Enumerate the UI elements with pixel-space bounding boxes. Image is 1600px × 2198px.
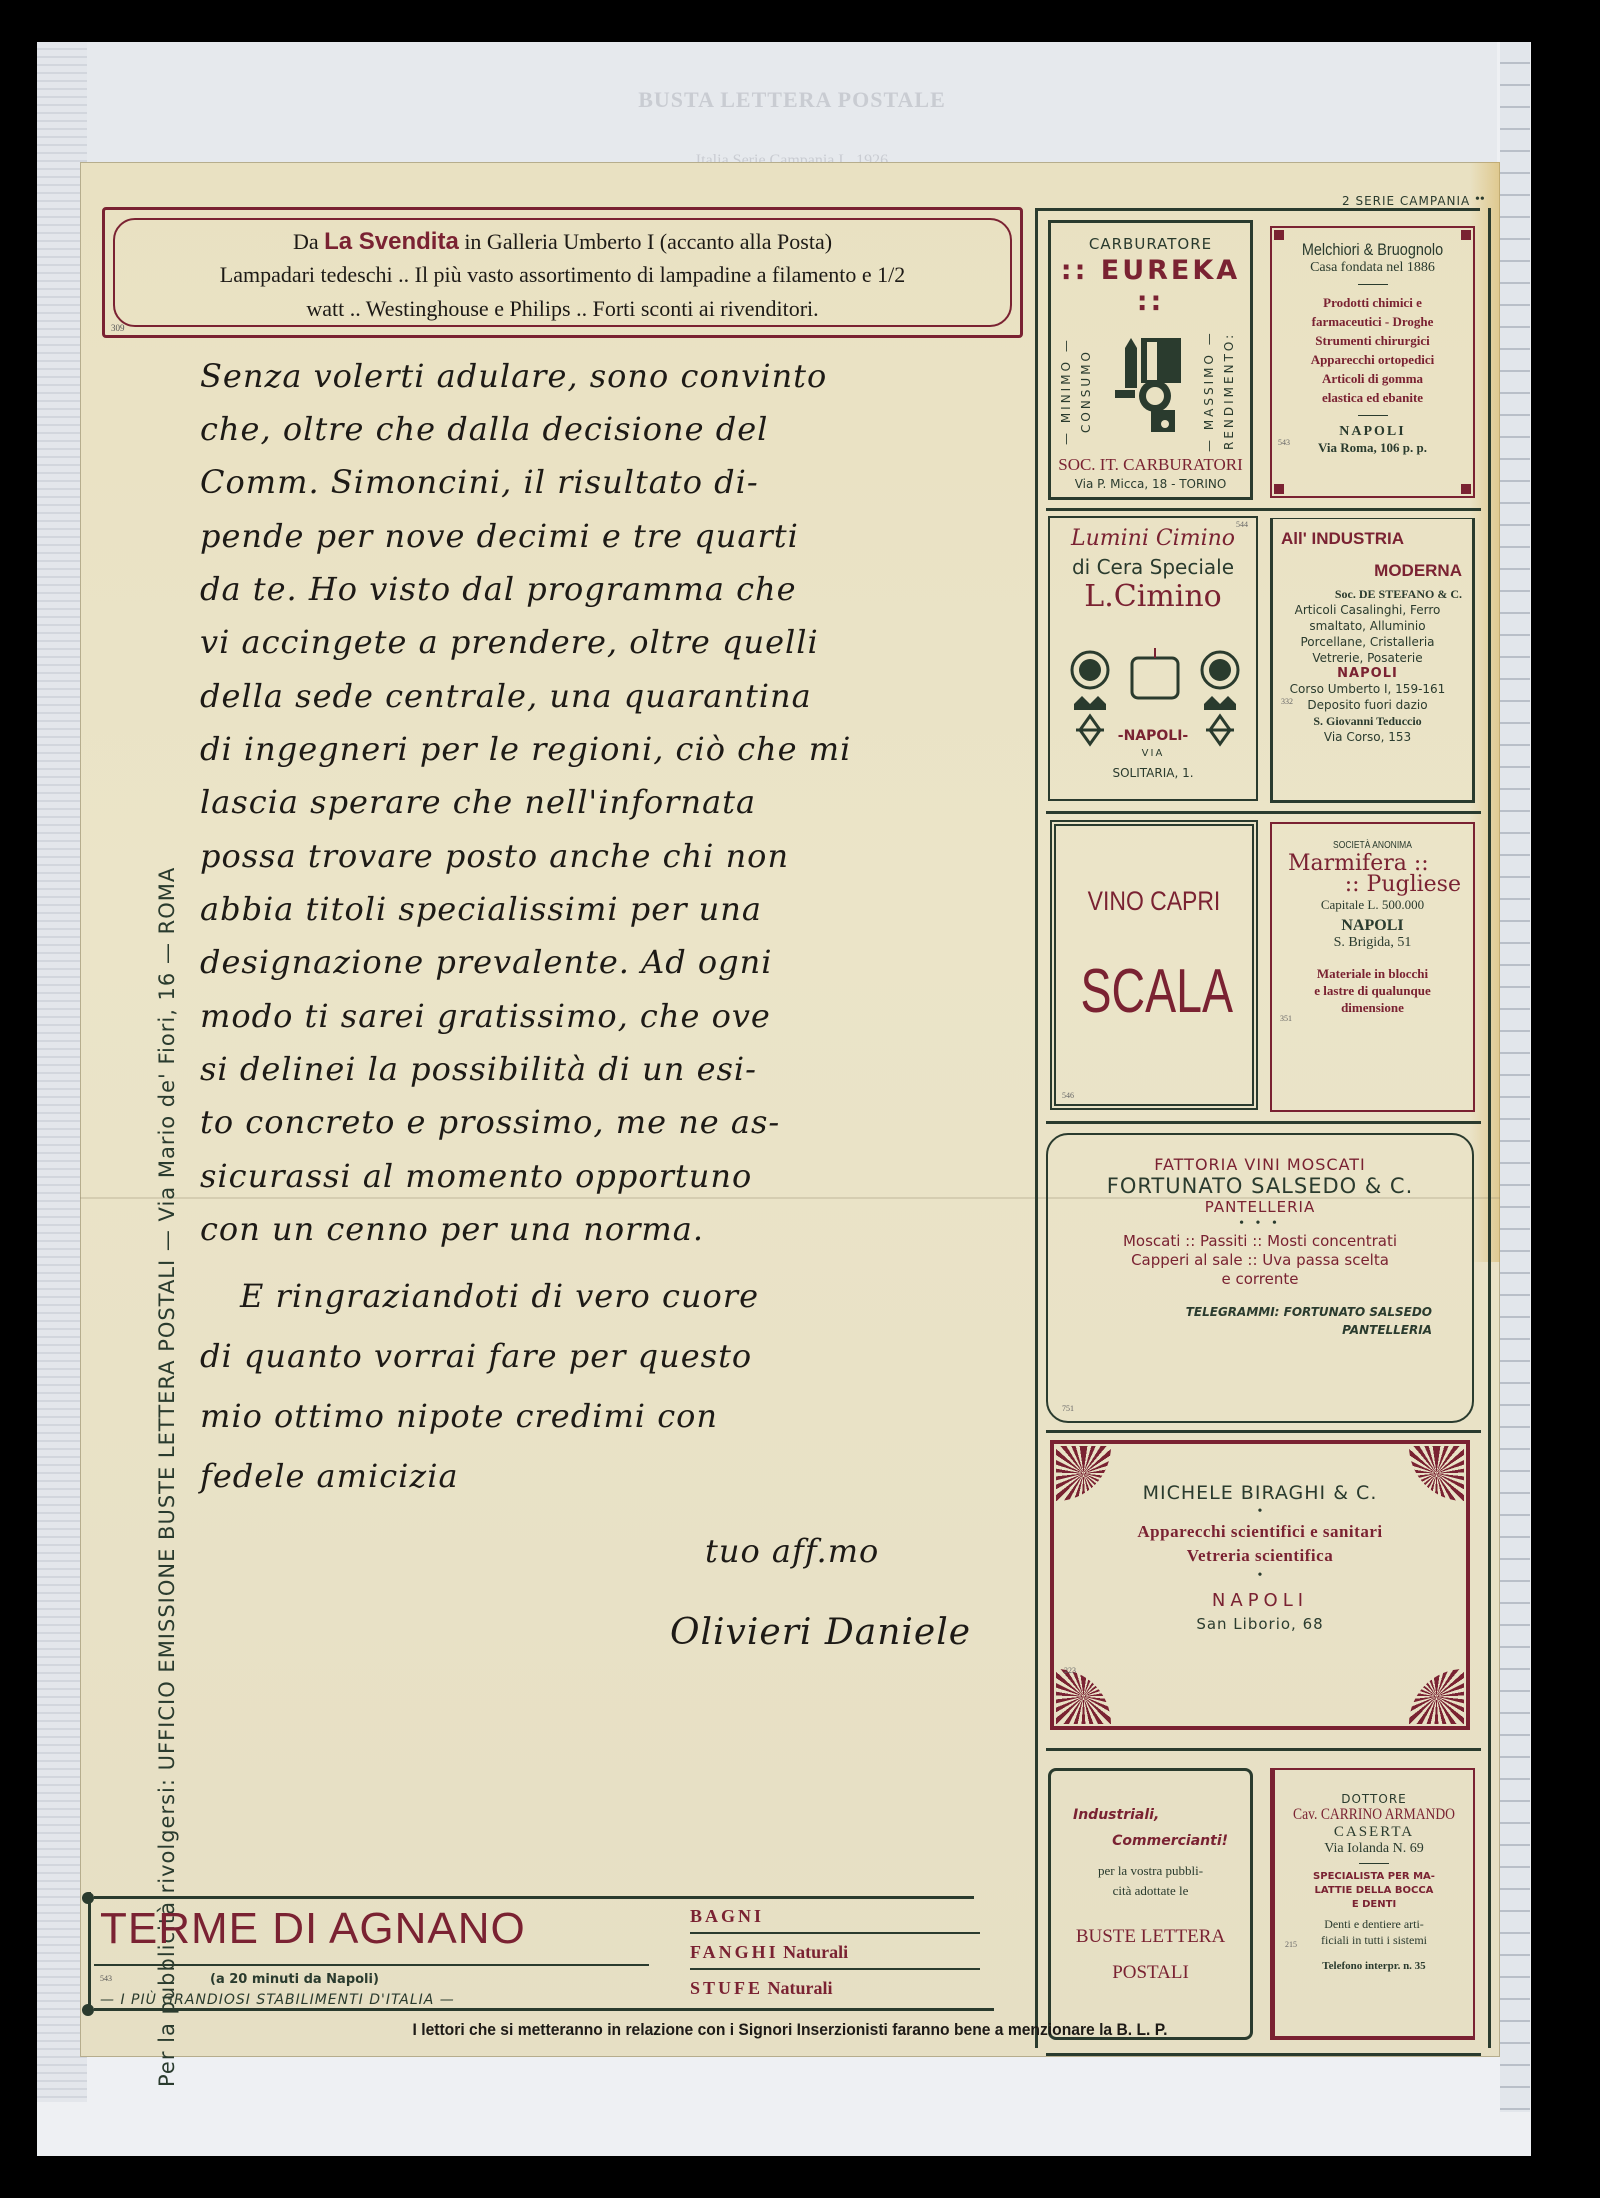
bullet: • bbox=[1054, 1568, 1466, 1584]
ad-terme-di-agnano: TERME DI AGNANO 543 (a 20 minuti da Napo… bbox=[70, 1892, 1000, 2012]
terme-service-bagni: BAGNI bbox=[690, 1906, 764, 1927]
terme-title: TERME DI AGNANO bbox=[100, 1904, 526, 1954]
ad-vino-capri-scala: VINO CAPRI SCALA 546 bbox=[1050, 820, 1258, 1110]
terme-service-fanghi: FANGHI Naturali bbox=[690, 1942, 848, 1963]
carburetor-illustration-icon bbox=[1113, 328, 1193, 438]
column-top-rule bbox=[1035, 208, 1480, 211]
column-divider bbox=[1046, 811, 1481, 814]
advertisement-column: CARBURATORE :: EUREKA :: — MINIMO — CONS… bbox=[1035, 208, 1491, 2048]
carrino-phone: Telefono interpr. n. 35 bbox=[1275, 1960, 1473, 1972]
service-name: STUFE bbox=[690, 1978, 763, 1998]
melchiori-founded: Casa fondata nel 1886 bbox=[1272, 260, 1473, 276]
ad-industria-moderna: All' INDUSTRIA MODERNA Soc. DE STEFANO &… bbox=[1270, 518, 1475, 803]
salsedo-products: Capperi al sale :: Uva passa scelta bbox=[1048, 1251, 1472, 1270]
buste-line-6: POSTALI bbox=[1051, 1955, 1250, 1991]
melchiori-product: Apparecchi ortopedici bbox=[1272, 350, 1473, 369]
industria-city: NAPOLI bbox=[1273, 666, 1462, 681]
ad-number: 543 bbox=[1278, 438, 1290, 447]
banner-line-1: Da La Svendita in Galleria Umberto I (ac… bbox=[105, 228, 1020, 256]
cimino-street: SOLITARIA, 1. bbox=[1050, 766, 1256, 780]
divider bbox=[1358, 284, 1388, 285]
salsedo-telegram: PANTELLERIA bbox=[1048, 1323, 1472, 1337]
letter-line: vi accingete a prendere, oltre quelli bbox=[200, 623, 819, 661]
column-bottom-rule bbox=[1046, 2053, 1481, 2056]
column-divider bbox=[1046, 1121, 1481, 1124]
buste-line-5: BUSTE LETTERA bbox=[1051, 1919, 1250, 1955]
banner-suffix: in Galleria Umberto I (accanto alla Post… bbox=[459, 229, 832, 254]
terme-subtitle: (a 20 minuti da Napoli) bbox=[210, 1972, 379, 1987]
banner-brand: La Svendita bbox=[324, 228, 459, 255]
scala-line-2: SCALA bbox=[1081, 956, 1228, 1027]
letter-line: possa trovare posto anche chi non bbox=[200, 837, 789, 875]
marmifera-desc: Materiale in blocchi bbox=[1272, 965, 1473, 982]
ad-carrino-armando: DOTTORE Cav. CARRINO ARMANDO CASERTA Via… bbox=[1270, 1768, 1475, 2040]
side-advertising-notice: Per la pubblicità rivolgersi: UFFICIO EM… bbox=[155, 487, 185, 2087]
eureka-name: :: EUREKA :: bbox=[1051, 255, 1250, 317]
carrino-specialty: E DENTI bbox=[1275, 1898, 1473, 1912]
ad-number: 223 bbox=[1064, 1666, 1076, 1675]
scala-line-1: VINO CAPRI bbox=[1071, 886, 1238, 917]
carrino-specialty: LATTIE DELLA BOCCA bbox=[1275, 1884, 1473, 1898]
marmifera-company-type: SOCIETÀ ANONIMA bbox=[1287, 840, 1458, 851]
series-mark: •• bbox=[1475, 192, 1485, 208]
ad-marmifera-pugliese: SOCIETÀ ANONIMA Marmifera :: :: Pugliese… bbox=[1270, 822, 1475, 1112]
salsedo-products: e corrente bbox=[1048, 1270, 1472, 1289]
letter-line: modo ti sarei gratissimo, che ove bbox=[200, 997, 771, 1035]
terme-service-stufe: STUFE Naturali bbox=[690, 1978, 833, 1999]
salsedo-heading: FATTORIA VINI MOSCATI bbox=[1048, 1155, 1472, 1174]
ad-lumini-cimino: 544 Lumini Cimino di Cera Speciale L.Cim… bbox=[1048, 516, 1258, 801]
marmifera-desc: e lastre di qualunque bbox=[1272, 982, 1473, 999]
letter-line: che, oltre che dalla decisione del bbox=[200, 410, 768, 448]
letter-line: con un cenno per una norma. bbox=[200, 1210, 704, 1248]
biraghi-city: NAPOLI bbox=[1054, 1590, 1466, 1611]
corner-ornament-icon bbox=[1274, 230, 1284, 240]
industria-address: Deposito fuori dazio bbox=[1273, 697, 1462, 713]
divider bbox=[1359, 1863, 1389, 1864]
buste-line-1: Industriali, bbox=[1051, 1807, 1250, 1823]
cimino-via: VIA bbox=[1050, 748, 1256, 759]
letter-line: da te. Ho visto dal programma che bbox=[200, 570, 797, 608]
service-name: BAGNI bbox=[690, 1906, 764, 1926]
letter-line: di ingegneri per le regioni, ciò che mi bbox=[200, 730, 851, 768]
industria-product: Vetrerie, Posaterie bbox=[1273, 650, 1462, 666]
album-backing-sheet: BUSTA LETTERA POSTALE Italia Serie Campa… bbox=[87, 42, 1497, 162]
salsedo-telegram: TELEGRAMMI: FORTUNATO SALSEDO bbox=[1048, 1305, 1472, 1319]
salsedo-place: PANTELLERIA bbox=[1048, 1198, 1472, 1216]
cimino-script-title: Lumini Cimino bbox=[1050, 526, 1256, 551]
eureka-company: SOC. IT. CARBURATORI bbox=[1051, 455, 1250, 475]
industria-address: Corso Umberto I, 159-161 bbox=[1273, 681, 1462, 697]
ad-number: 543 bbox=[100, 1974, 112, 1983]
series-label: 2 SERIE CAMPANIA bbox=[1342, 194, 1470, 208]
banner-prefix: Da bbox=[293, 229, 324, 254]
letter-line: Comm. Simoncini, il risultato di- bbox=[200, 463, 759, 501]
buste-line-3: per la vostra pubbli- bbox=[1051, 1861, 1250, 1881]
letter-line: E ringraziandoti di vero cuore bbox=[240, 1277, 759, 1315]
divider bbox=[1358, 415, 1388, 416]
sleeve-perforated-edge-right bbox=[1500, 42, 1530, 2112]
melchiori-product: Articoli di gomma bbox=[1272, 369, 1473, 388]
marmifera-desc: dimensione bbox=[1272, 999, 1473, 1016]
ad-la-svendita: Da La Svendita in Galleria Umberto I (ac… bbox=[102, 207, 1023, 338]
service-rule bbox=[690, 1968, 980, 1970]
carrino-title: DOTTORE bbox=[1275, 1792, 1473, 1806]
ad-buste-lettera-postali: Industriali, Commercianti! per la vostra… bbox=[1048, 1768, 1253, 2040]
biraghi-address: San Liborio, 68 bbox=[1054, 1615, 1466, 1633]
service-detail: Naturali bbox=[779, 1942, 849, 1962]
industria-product: smaltato, Alluminio bbox=[1273, 618, 1462, 634]
fan-ornament-icon bbox=[1409, 1669, 1464, 1724]
service-rule bbox=[690, 1932, 980, 1934]
marmifera-address: S. Brigida, 51 bbox=[1272, 935, 1473, 951]
cimino-tagline: di Cera Speciale bbox=[1050, 555, 1256, 579]
ad-number: 215 bbox=[1285, 1940, 1297, 1949]
buste-line-4: cità adottate le bbox=[1051, 1881, 1250, 1901]
letter-line: sicurassi al momento opportuno bbox=[200, 1157, 752, 1195]
melchiori-product: farmaceutici - Droghe bbox=[1272, 312, 1473, 331]
letter-line: to concreto e prossimo, me ne as- bbox=[200, 1103, 780, 1141]
column-divider bbox=[1046, 1748, 1481, 1751]
salsedo-dots: • • • bbox=[1048, 1216, 1472, 1232]
rule-bottom bbox=[94, 2008, 994, 2011]
ad-fortunato-salsedo: FATTORIA VINI MOSCATI FORTUNATO SALSEDO … bbox=[1046, 1133, 1474, 1423]
ad-number: 351 bbox=[1280, 1014, 1292, 1023]
letter-line: della sede centrale, una quarantina bbox=[200, 677, 812, 715]
rule-top bbox=[94, 1896, 974, 1899]
ad-number: 544 bbox=[1236, 520, 1248, 529]
corner-ornament-icon bbox=[1461, 484, 1471, 494]
melchiori-product: Prodotti chimici e bbox=[1272, 293, 1473, 312]
letter-line: pende per nove decimi e tre quarti bbox=[200, 517, 799, 555]
ad-michele-biraghi: MICHELE BIRAGHI & C. • Apparecchi scient… bbox=[1050, 1440, 1470, 1730]
rule-mid bbox=[94, 1964, 649, 1966]
letter-line: designazione prevalente. Ad ogni bbox=[200, 943, 772, 981]
letter-line: di quanto vorrai fare per questo bbox=[200, 1337, 752, 1375]
carrino-address: Via Iolanda N. 69 bbox=[1275, 1841, 1473, 1857]
industria-title-1: All' INDUSTRIA bbox=[1273, 527, 1462, 551]
footer-notice: I lettori che si metteranno in relazione… bbox=[137, 2020, 1443, 2040]
marmifera-city: NAPOLI bbox=[1272, 917, 1473, 935]
eureka-top: CARBURATORE bbox=[1051, 235, 1250, 253]
banner-line-3: watt .. Westinghouse e Philips .. Forti … bbox=[105, 296, 1020, 322]
fan-ornament-icon bbox=[1056, 1669, 1111, 1724]
banner-line-2: Lampadari tedeschi .. Il più vasto assor… bbox=[105, 262, 1020, 288]
corner-ornament-icon bbox=[1461, 230, 1471, 240]
carrino-city: CASERTA bbox=[1275, 1824, 1473, 1841]
letter-line: mio ottimo nipote credimi con bbox=[200, 1397, 718, 1435]
carrino-dentures: ficiali in tutti i sistemi bbox=[1275, 1932, 1473, 1948]
eureka-right-vertical-2: RENDIMENTO: bbox=[1222, 321, 1242, 461]
letter-line: lascia sperare che nell'infornata bbox=[200, 783, 756, 821]
cimino-city: -NAPOLI- bbox=[1050, 728, 1256, 744]
album-header-title: BUSTA LETTERA POSTALE bbox=[87, 87, 1497, 113]
corner-ornament-icon bbox=[1274, 484, 1284, 494]
eureka-left-vertical-2: CONSUMO bbox=[1079, 321, 1099, 461]
biraghi-name: MICHELE BIRAGHI & C. bbox=[1054, 1482, 1466, 1504]
cimino-name: L.Cimino bbox=[1050, 579, 1256, 614]
biraghi-line-2: Vetreria scientifica bbox=[1054, 1544, 1466, 1568]
letter-sheet: Per la pubblicità rivolgersi: UFFICIO EM… bbox=[80, 162, 1500, 2057]
letter-closing: tuo aff.mo bbox=[705, 1532, 879, 1570]
eureka-address: Via P. Micca, 18 - TORINO bbox=[1051, 477, 1250, 491]
marmifera-capital: Capitale L. 500.000 bbox=[1272, 897, 1473, 913]
carrino-dentures: Denti e dentiere arti- bbox=[1275, 1916, 1473, 1932]
service-name: FANGHI bbox=[690, 1942, 779, 1962]
ad-eureka-carburetor: CARBURATORE :: EUREKA :: — MINIMO — CONS… bbox=[1048, 220, 1253, 500]
industria-product: Articoli Casalinghi, Ferro bbox=[1273, 602, 1462, 618]
ad-number: 309 bbox=[111, 323, 125, 333]
column-divider bbox=[1046, 508, 1481, 511]
service-detail: Naturali bbox=[763, 1978, 833, 1998]
letter-line: fedele amicizia bbox=[200, 1457, 459, 1495]
industria-address: Via Corso, 153 bbox=[1273, 729, 1462, 745]
letter-line: si delinei la possibilità di un esi- bbox=[200, 1050, 757, 1088]
melchiori-product: elastica ed ebanite bbox=[1272, 388, 1473, 407]
letter-line: abbia titoli specialissimi per una bbox=[200, 890, 762, 928]
melchiori-city: NAPOLI bbox=[1272, 424, 1473, 440]
ad-melchiori-bruognolo: Melchiori & Bruognolo Casa fondata nel 1… bbox=[1270, 226, 1475, 498]
biraghi-line-1: Apparecchi scientifici e sanitari bbox=[1054, 1520, 1466, 1544]
ad-number: 332 bbox=[1281, 697, 1293, 706]
bullet: • bbox=[1054, 1504, 1466, 1520]
carrino-specialty: SPECIALISTA PER MA- bbox=[1275, 1870, 1473, 1884]
ad-number: 751 bbox=[1062, 1404, 1074, 1413]
letter-line: Senza volerti adulare, sono convinto bbox=[200, 357, 827, 395]
melchiori-name: Melchiori & Bruognolo bbox=[1287, 240, 1458, 260]
salsedo-products: Moscati :: Passiti :: Mosti concentrati bbox=[1048, 1232, 1472, 1251]
eureka-right-vertical-1: — MASSIMO — bbox=[1202, 321, 1222, 461]
rule-vertical bbox=[88, 1892, 91, 2010]
column-divider bbox=[1046, 1430, 1481, 1433]
ad-number: 546 bbox=[1062, 1091, 1074, 1100]
industria-title-2: MODERNA bbox=[1273, 559, 1462, 583]
letter-signature: Olivieri Daniele bbox=[670, 1612, 971, 1653]
melchiori-address: Via Roma, 106 p. p. bbox=[1272, 440, 1473, 456]
carrino-name: Cav. CARRINO ARMANDO bbox=[1290, 1806, 1458, 1824]
eureka-left-vertical-1: — MINIMO — bbox=[1059, 321, 1079, 461]
terme-tagline: — I PIÙ GRANDIOSI STABILIMENTI D'ITALIA … bbox=[100, 1992, 455, 2008]
salsedo-name: FORTUNATO SALSEDO & C. bbox=[1048, 1174, 1472, 1198]
industria-company: Soc. DE STEFANO & C. bbox=[1273, 587, 1462, 602]
industria-address: S. Giovanni Teduccio bbox=[1273, 713, 1462, 729]
buste-line-2: Commercianti! bbox=[1051, 1833, 1250, 1849]
melchiori-product: Strumenti chirurgici bbox=[1272, 331, 1473, 350]
industria-product: Porcellane, Cristalleria bbox=[1273, 634, 1462, 650]
